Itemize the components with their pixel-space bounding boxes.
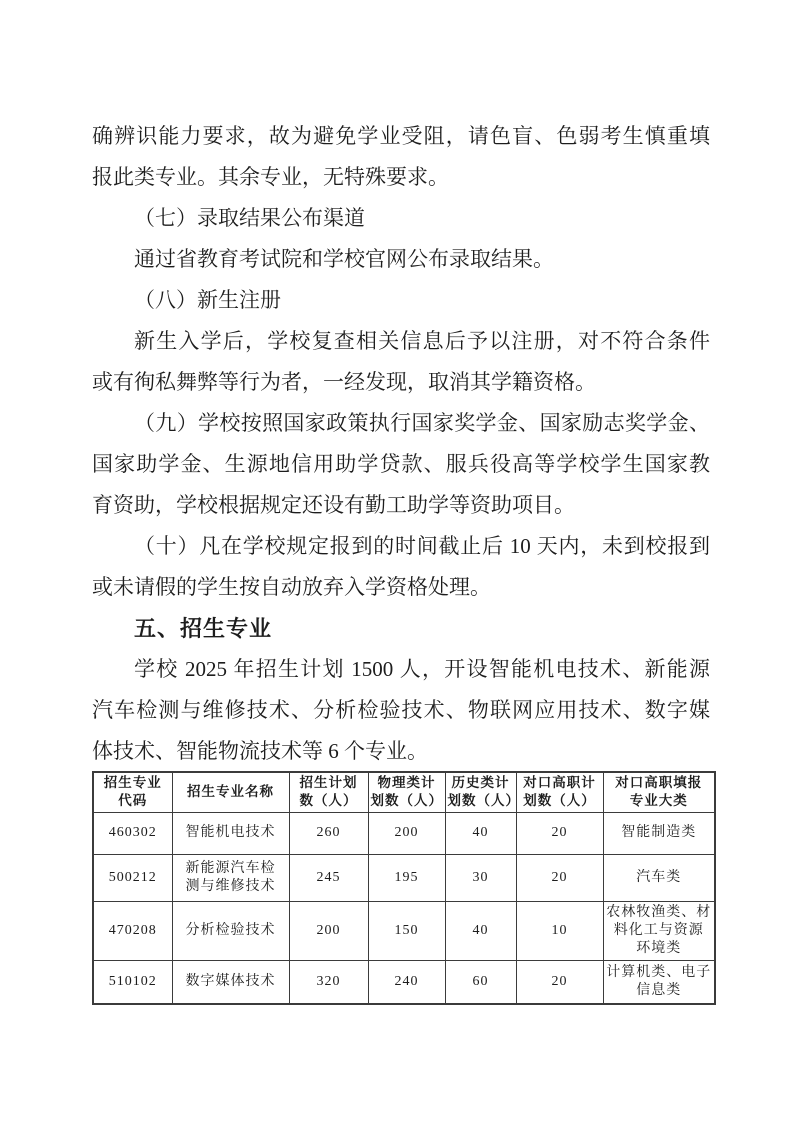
cell-plan-vocational: 10: [516, 901, 603, 960]
header-cell-vocational-category: 对口高职填报 专业大类: [603, 772, 715, 812]
document-page: 确辨识能力要求，故为避免学业受阻，请色盲、色弱考生慎重填 报此类专业。其余专业，…: [0, 0, 800, 1132]
text-line: 通过省教育考试院和学校官网公布录取结果。: [92, 239, 710, 280]
table-row: 470208 分析检验技术 200 150 40 10 农林牧渔类、材 料化工与…: [93, 901, 715, 960]
cell-plan-history: 40: [445, 812, 516, 854]
text-line: 新生入学后，学校复查相关信息后予以注册，对不符合条件: [92, 321, 710, 362]
cell-plan-physics: 150: [368, 901, 445, 960]
cell-plan-history: 40: [445, 901, 516, 960]
table-row: 500212 新能源汽车检 测与维修技术 245 195 30 20 汽车类: [93, 854, 715, 901]
cell-major-code: 500212: [93, 854, 172, 901]
text-line: 确辨识能力要求，故为避免学业受阻，请色盲、色弱考生慎重填: [92, 116, 710, 157]
cell-vocational-category: 农林牧渔类、材 料化工与资源 环境类: [603, 901, 715, 960]
header-cell-plan-total: 招生计划 数（人）: [289, 772, 368, 812]
header-cell-plan-physics: 物理类计 划数（人）: [368, 772, 445, 812]
cell-vocational-category: 智能制造类: [603, 812, 715, 854]
cell-plan-vocational: 20: [516, 812, 603, 854]
text-line: 学校 2025 年招生计划 1500 人，开设智能机电技术、新能源: [92, 649, 710, 690]
cell-major-code: 470208: [93, 901, 172, 960]
cell-major-code: 510102: [93, 960, 172, 1004]
table-row: 460302 智能机电技术 260 200 40 20 智能制造类: [93, 812, 715, 854]
document-body: 确辨识能力要求，故为避免学业受阻，请色盲、色弱考生慎重填 报此类专业。其余专业，…: [92, 116, 710, 772]
text-line: 国家助学金、生源地信用助学贷款、服兵役高等学校学生国家教: [92, 444, 710, 485]
cell-plan-history: 60: [445, 960, 516, 1004]
cell-plan-physics: 200: [368, 812, 445, 854]
section-heading: 五、招生专业: [92, 608, 710, 649]
text-line: 或未请假的学生按自动放弃入学资格处理。: [92, 567, 710, 608]
cell-vocational-category: 计算机类、电子 信息类: [603, 960, 715, 1004]
text-line: 或有徇私舞弊等行为者，一经发现，取消其学籍资格。: [92, 362, 710, 403]
cell-plan-total: 260: [289, 812, 368, 854]
subsection-heading: （七）录取结果公布渠道: [92, 198, 710, 239]
cell-major-code: 460302: [93, 812, 172, 854]
cell-major-name: 智能机电技术: [172, 812, 289, 854]
cell-plan-vocational: 20: [516, 854, 603, 901]
text-line: 报此类专业。其余专业，无特殊要求。: [92, 157, 710, 198]
cell-plan-vocational: 20: [516, 960, 603, 1004]
text-line: 育资助，学校根据规定还设有勤工助学等资助项目。: [92, 485, 710, 526]
table-row: 510102 数字媒体技术 320 240 60 20 计算机类、电子 信息类: [93, 960, 715, 1004]
text-line: 汽车检测与维修技术、分析检验技术、物联网应用技术、数字媒: [92, 690, 710, 731]
cell-major-name: 分析检验技术: [172, 901, 289, 960]
cell-major-name: 新能源汽车检 测与维修技术: [172, 854, 289, 901]
text-line: （十）凡在学校规定报到的时间截止后 10 天内，未到校报到: [92, 526, 710, 567]
cell-plan-total: 320: [289, 960, 368, 1004]
cell-plan-total: 245: [289, 854, 368, 901]
header-cell-plan-vocational: 对口高职计 划数（人）: [516, 772, 603, 812]
cell-plan-history: 30: [445, 854, 516, 901]
cell-plan-physics: 195: [368, 854, 445, 901]
cell-plan-physics: 240: [368, 960, 445, 1004]
cell-plan-total: 200: [289, 901, 368, 960]
cell-vocational-category: 汽车类: [603, 854, 715, 901]
text-line: （九）学校按照国家政策执行国家奖学金、国家励志奖学金、: [92, 403, 710, 444]
enrollment-table: 招生专业 代码 招生专业名称 招生计划 数（人） 物理类计 划数（人） 历史类计…: [92, 771, 716, 1005]
table-header-row: 招生专业 代码 招生专业名称 招生计划 数（人） 物理类计 划数（人） 历史类计…: [93, 772, 715, 812]
header-cell-major-code: 招生专业 代码: [93, 772, 172, 812]
header-cell-major-name: 招生专业名称: [172, 772, 289, 812]
subsection-heading: （八）新生注册: [92, 280, 710, 321]
cell-major-name: 数字媒体技术: [172, 960, 289, 1004]
text-line: 体技术、智能物流技术等 6 个专业。: [92, 731, 710, 772]
header-cell-plan-history: 历史类计 划数（人）: [445, 772, 516, 812]
